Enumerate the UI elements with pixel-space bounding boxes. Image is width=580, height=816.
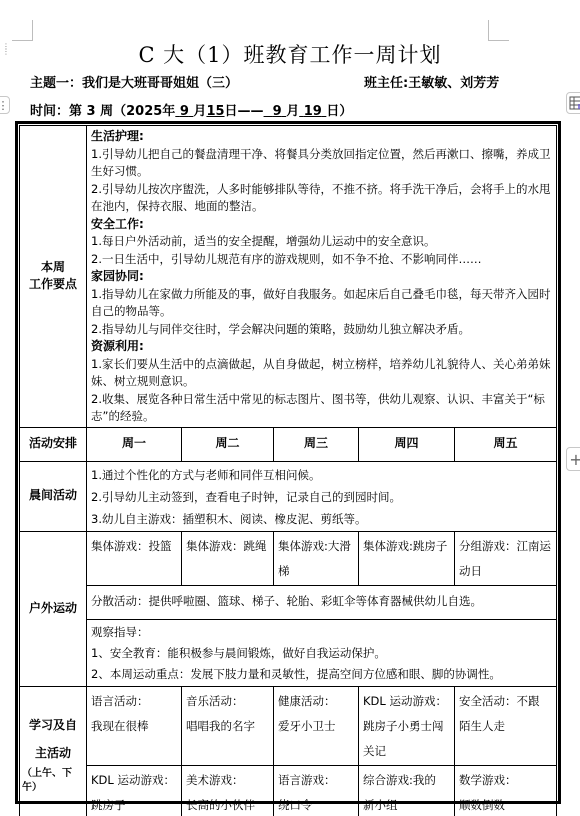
day-monday: 周一	[87, 427, 182, 461]
week-suffix: 周（2025年	[100, 104, 175, 119]
table-layout-icon[interactable]	[566, 92, 580, 114]
learning-tue-am: 音乐活动：唱唱我的名字	[182, 686, 274, 765]
learning-wed-am: 健康活动：爱牙小卫士	[274, 686, 359, 765]
outdoor-scattered-row: 分散活动：提供呼啦圈、篮球、梯子、轮胎、彩虹伞等体育器械供幼儿自选。	[20, 585, 557, 619]
outdoor-game-wed: 集体游戏:大滑梯	[274, 531, 359, 585]
outdoor-observe: 观察指导： 1、安全教育：能积极参与晨间锻炼，做好自我运动保护。 2、本周运动重…	[87, 619, 557, 686]
outdoor-label: 户外运动	[20, 531, 87, 686]
morning-row: 晨间活动 1.通过个性化的方式与老师和同伴互相问候。 2.引导幼儿主动签到，查看…	[20, 461, 557, 531]
day-friday: 周五	[455, 427, 557, 461]
theme-value: 我们是大班哥哥姐姐（三）	[82, 76, 238, 91]
end-day: 19	[299, 104, 326, 119]
theme-label: 主题一：	[30, 76, 82, 91]
time-line: 时间：第 3 周（2025年 9 月15日—— 9 月 19 日）	[30, 100, 352, 119]
schedule-header-row: 活动安排 周一 周二 周三 周四 周五	[20, 427, 557, 461]
learning-mon-pm: KDL 运动游戏：跳房子	[87, 765, 182, 816]
learning-thu-pm: 综合游戏:我的新小组	[359, 765, 455, 816]
outdoor-observe-row: 观察指导： 1、安全教育：能积极参与晨间锻炼，做好自我运动保护。 2、本周运动重…	[20, 619, 557, 686]
teacher-value: 王敏敏、刘芳芳	[408, 76, 499, 91]
learning-fri-pm: 数学游戏：顺数倒数	[455, 765, 557, 816]
day-thursday: 周四	[359, 427, 455, 461]
learning-row-2: KDL 运动游戏：跳房子 美术游戏：长高的小伙伴 语言游戏：绕口令 综合游戏:我…	[20, 765, 557, 816]
learning-row-1: 学习及自 主活动 （上午、下午） 语言活动：我现在很棒 音乐活动：唱唱我的名字 …	[20, 686, 557, 765]
learning-wed-pm: 语言游戏：绕口令	[274, 765, 359, 816]
outdoor-game-mon: 集体游戏：投篮	[87, 531, 182, 585]
outdoor-scattered: 分散活动：提供呼啦圈、篮球、梯子、轮胎、彩虹伞等体育器械供幼儿自选。	[87, 585, 557, 619]
start-month: 9	[175, 104, 193, 119]
learning-mon-am: 语言活动：我现在很棒	[87, 686, 182, 765]
learning-tue-pm: 美术游戏：长高的小伙伴	[182, 765, 274, 816]
page-title: C 大（1）班教育工作一周计划	[0, 39, 580, 69]
day-tuesday: 周二	[182, 427, 274, 461]
key-points-row: 本周 工作要点 生活护理: 1.引导幼儿把自己的餐盘清理干净、将餐具分类放回指定…	[20, 126, 557, 428]
time-label: 时间：第	[30, 104, 82, 119]
outdoor-game-thu: 集体游戏:跳房子	[359, 531, 455, 585]
learning-label: 学习及自 主活动 （上午、下午）	[20, 686, 87, 816]
outdoor-game-tue: 集体游戏：跳绳	[182, 531, 274, 585]
weekly-plan-table: 本周 工作要点 生活护理: 1.引导幼儿把自己的餐盘清理干净、将餐具分类放回指定…	[15, 121, 561, 804]
key-points-content: 生活护理: 1.引导幼儿把自己的餐盘清理干净、将餐具分类放回指定位置，然后再漱口…	[87, 126, 557, 428]
add-row-icon[interactable]: +	[566, 447, 580, 471]
learning-fri-am: 安全活动：不跟陌生人走	[455, 686, 557, 765]
day-wednesday: 周三	[274, 427, 359, 461]
morning-label: 晨间活动	[20, 461, 87, 531]
block-menu-icon[interactable]: ⋮	[0, 96, 10, 114]
end-month: 9	[264, 104, 287, 119]
theme-line: 主题一：我们是大班哥哥姐姐（三） 班主任:王敏敏、刘芳芳	[30, 72, 238, 91]
learning-thu-am: KDL 运动游戏：跳房子小勇士闯关记	[359, 686, 455, 765]
teacher-label: 班主任:	[364, 76, 408, 91]
schedule-label: 活动安排	[20, 427, 87, 461]
page-corner-mark-top-left	[12, 20, 33, 41]
week-number: 3	[87, 104, 96, 119]
outdoor-game-fri: 分组游戏：江南运动日	[455, 531, 557, 585]
teacher-info: 班主任:王敏敏、刘芳芳	[364, 72, 499, 91]
outdoor-games-row: 户外运动 集体游戏：投篮 集体游戏：跳绳 集体游戏:大滑梯 集体游戏:跳房子 分…	[20, 531, 557, 585]
page-corner-mark-top-right	[488, 20, 509, 41]
key-points-label: 本周 工作要点	[20, 126, 87, 428]
morning-content: 1.通过个性化的方式与老师和同伴互相问候。 2.引导幼儿主动签到，查看电子时钟，…	[87, 461, 557, 531]
start-day: 15	[206, 104, 224, 119]
